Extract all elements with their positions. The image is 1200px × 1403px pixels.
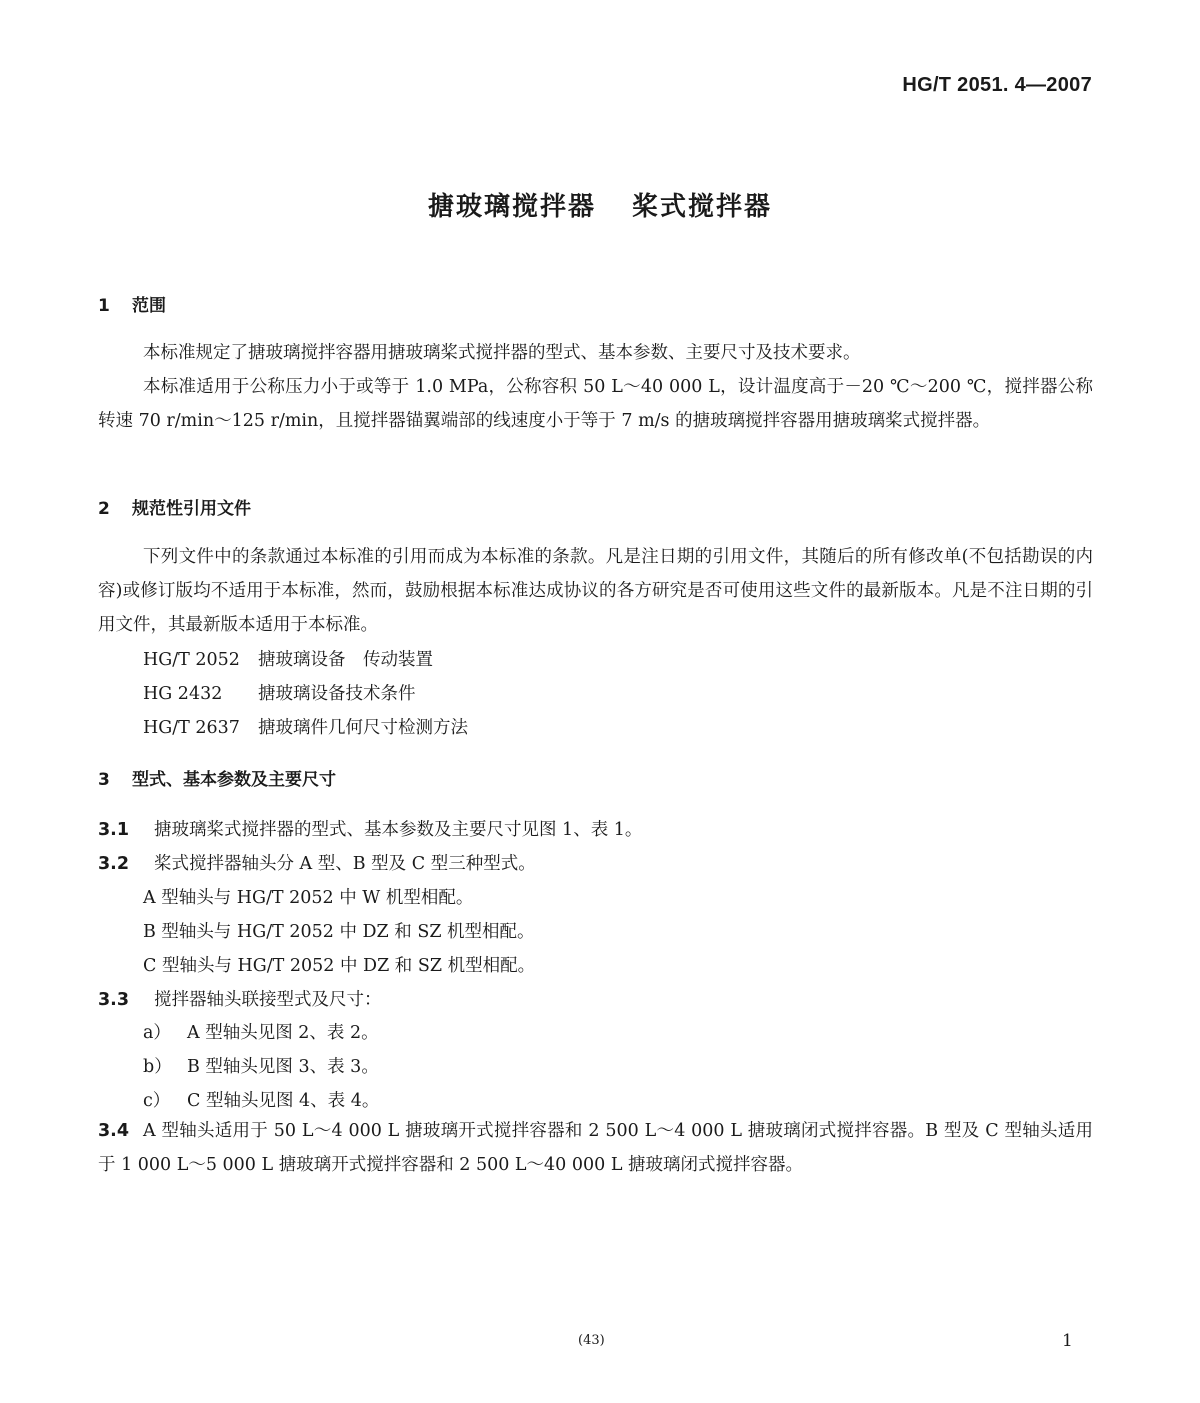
- clause-line: A 型轴头与 HG/T 2052 中 W 机型相配。: [143, 884, 473, 909]
- list-label: c）: [143, 1087, 187, 1112]
- clause-number: 3.3: [98, 990, 154, 1010]
- paragraph: 本标准适用于公称压力小于或等于 1.0 MPa，公称容积 50 L～40 000…: [98, 370, 1093, 438]
- section-number: 2: [98, 499, 132, 519]
- page-title: 搪玻璃搅拌器桨式搅拌器: [0, 186, 1200, 223]
- reference-item: HG/T 2052搪玻璃设备 传动装置: [143, 646, 433, 671]
- page-number: 1: [1062, 1331, 1073, 1351]
- clause-number: 3.1: [98, 820, 154, 840]
- reference-title: 搪玻璃设备 传动装置: [258, 650, 433, 670]
- section-heading-2: 2规范性引用文件: [98, 494, 251, 519]
- document-page: HG/T 2051. 4—2007 搪玻璃搅拌器桨式搅拌器 1范围 本标准规定了…: [0, 0, 1200, 1403]
- list-text: B 型轴头见图 3、表 3。: [187, 1057, 379, 1077]
- section-title: 范围: [132, 296, 166, 316]
- clause-3-2: 3.2桨式搅拌器轴头分 A 型、B 型及 C 型三种型式。: [98, 850, 1093, 875]
- footer-page-reference: (43): [578, 1333, 605, 1348]
- section-number: 3: [98, 770, 132, 790]
- clause-number: 3.2: [98, 854, 154, 874]
- clause-text: 搪玻璃桨式搅拌器的型式、基本参数及主要尺寸见图 1、表 1。: [154, 820, 642, 840]
- title-part-1: 搪玻璃搅拌器: [428, 192, 596, 222]
- clause-text: 桨式搅拌器轴头分 A 型、B 型及 C 型三种型式。: [154, 854, 536, 874]
- section-title: 型式、基本参数及主要尺寸: [132, 770, 336, 790]
- list-text: A 型轴头见图 2、表 2。: [187, 1023, 379, 1043]
- clause-text: 搅拌器轴头联接型式及尺寸：: [154, 990, 382, 1010]
- paragraph: 下列文件中的条款通过本标准的引用而成为本标准的条款。凡是注日期的引用文件，其随后…: [98, 540, 1093, 642]
- reference-title: 搪玻璃件几何尺寸检测方法: [258, 718, 468, 738]
- title-part-2: 桨式搅拌器: [632, 192, 772, 222]
- reference-title: 搪玻璃设备技术条件: [258, 684, 416, 704]
- reference-code: HG/T 2637: [143, 718, 258, 738]
- reference-item: HG 2432搪玻璃设备技术条件: [143, 680, 416, 705]
- clause-number: 3.4: [98, 1121, 129, 1141]
- list-text: C 型轴头见图 4、表 4。: [187, 1091, 379, 1111]
- section-title: 规范性引用文件: [132, 499, 251, 519]
- clause-text: A 型轴头适用于 50 L～4 000 L 搪玻璃开式搅拌容器和 2 500 L…: [98, 1121, 1093, 1175]
- list-label: a）: [143, 1019, 187, 1044]
- clause-line: B 型轴头与 HG/T 2052 中 DZ 和 SZ 机型相配。: [143, 918, 535, 943]
- clause-3-3: 3.3搅拌器轴头联接型式及尺寸：: [98, 986, 1093, 1011]
- list-item: a）A 型轴头见图 2、表 2。: [143, 1019, 379, 1044]
- paragraph: 本标准规定了搪玻璃搅拌容器用搪玻璃桨式搅拌器的型式、基本参数、主要尺寸及技术要求…: [98, 336, 1093, 370]
- reference-code: HG 2432: [143, 684, 258, 704]
- list-item: b）B 型轴头见图 3、表 3。: [143, 1053, 379, 1078]
- standard-code: HG/T 2051. 4—2007: [902, 74, 1092, 97]
- reference-item: HG/T 2637搪玻璃件几何尺寸检测方法: [143, 714, 468, 739]
- list-label: b）: [143, 1053, 187, 1078]
- clause-line: C 型轴头与 HG/T 2052 中 DZ 和 SZ 机型相配。: [143, 952, 535, 977]
- section-heading-1: 1范围: [98, 291, 166, 316]
- section-heading-3: 3型式、基本参数及主要尺寸: [98, 765, 336, 790]
- section-number: 1: [98, 296, 132, 316]
- clause-3-4: 3.4A 型轴头适用于 50 L～4 000 L 搪玻璃开式搅拌容器和 2 50…: [98, 1114, 1093, 1182]
- clause-3-1: 3.1搪玻璃桨式搅拌器的型式、基本参数及主要尺寸见图 1、表 1。: [98, 816, 1093, 841]
- list-item: c）C 型轴头见图 4、表 4。: [143, 1087, 379, 1112]
- reference-code: HG/T 2052: [143, 650, 258, 670]
